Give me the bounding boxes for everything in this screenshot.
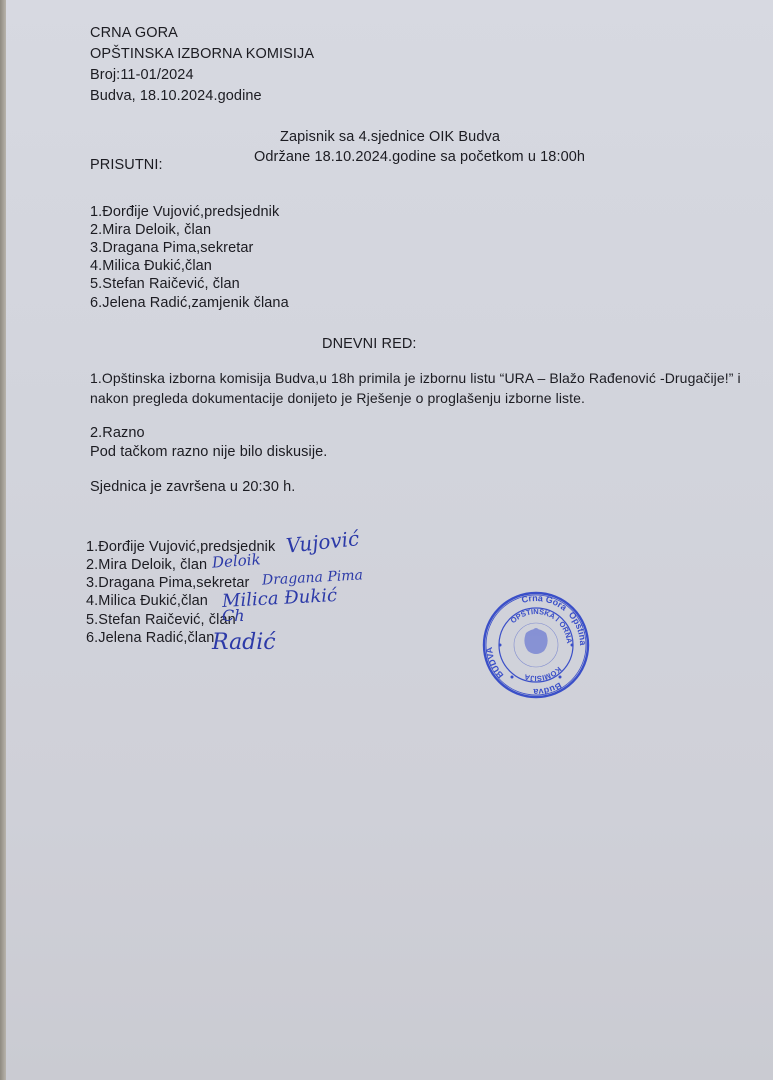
signature-member: 3.Dragana Pima,sekretar <box>86 574 250 592</box>
svg-text:KOMISIJA: KOMISIJA <box>523 665 564 683</box>
signature-member: 2.Mira Deloik, član <box>86 556 207 574</box>
present-member: 3.Dragana Pima,sekretar <box>90 239 254 257</box>
closing-statement: Sjednica je završena u 20:30 h. <box>90 478 295 496</box>
agenda-heading: DNEVNI RED: <box>322 335 417 353</box>
signature-member: 5.Stefan Raičević, član <box>86 611 236 629</box>
handwritten-signature: Ch <box>222 606 245 625</box>
handwritten-signature: Radić <box>212 630 276 655</box>
handwritten-signature: Vujović <box>285 526 360 558</box>
stamp-text-outer-bottom: Budva <box>532 681 563 697</box>
header-institution: OPŠTINSKA IZBORNA KOMISIJA <box>90 45 314 63</box>
signature-member: 6.Jelena Radić,član <box>86 629 214 647</box>
agenda-item-2-text: Pod tačkom razno nije bilo diskusije. <box>90 443 327 461</box>
signature-member: 4.Milica Đukić,član <box>86 592 208 610</box>
present-member: 6.Jelena Radić,zamjenik člana <box>90 294 289 312</box>
title-line-1: Zapisnik sa 4.sjednice OIK Budva <box>280 128 500 146</box>
title-line-2: Održane 18.10.2024.godine sa početkom u … <box>254 148 585 166</box>
header-country: CRNA GORA <box>90 24 178 42</box>
agenda-item-2-title: 2.Razno <box>90 424 145 442</box>
header-place-date: Budva, 18.10.2024.godine <box>90 87 262 105</box>
stamp-text-inner-top: OPŠTINSKA I <box>509 607 561 625</box>
agenda-item-1-line-2: nakon pregleda dokumentacije donijeto je… <box>90 389 585 407</box>
present-member: 4.Milica Đukić,član <box>90 257 212 275</box>
coat-of-arms-icon <box>524 628 547 654</box>
agenda-item-1-line-1: 1.Opštinska izborna komisija Budva,u 18h… <box>90 369 741 387</box>
svg-text:Budva: Budva <box>532 681 563 697</box>
handwritten-signature: Deloik <box>211 550 261 571</box>
document-page: CRNA GORA OPŠTINSKA IZBORNA KOMISIJA Bro… <box>6 0 773 1080</box>
header-number: Broj:11-01/2024 <box>90 66 194 84</box>
stamp-text-inner-right: ORNA <box>557 619 574 644</box>
present-member: 5.Stefan Raičević, član <box>90 275 240 293</box>
stamp-text-inner-bottom: KOMISIJA <box>523 665 564 683</box>
present-member: 2.Mira Deloik, član <box>90 221 211 239</box>
official-stamp: Crna Gora Opština Budva BUDVA OPŠTINSKA … <box>482 591 590 699</box>
present-heading: PRISUTNI: <box>90 156 163 174</box>
svg-text:OPŠTINSKA I: OPŠTINSKA I <box>509 607 561 625</box>
svg-text:ORNA: ORNA <box>557 619 574 644</box>
present-member: 1.Đorđije Vujović,predsjednik <box>90 203 279 221</box>
